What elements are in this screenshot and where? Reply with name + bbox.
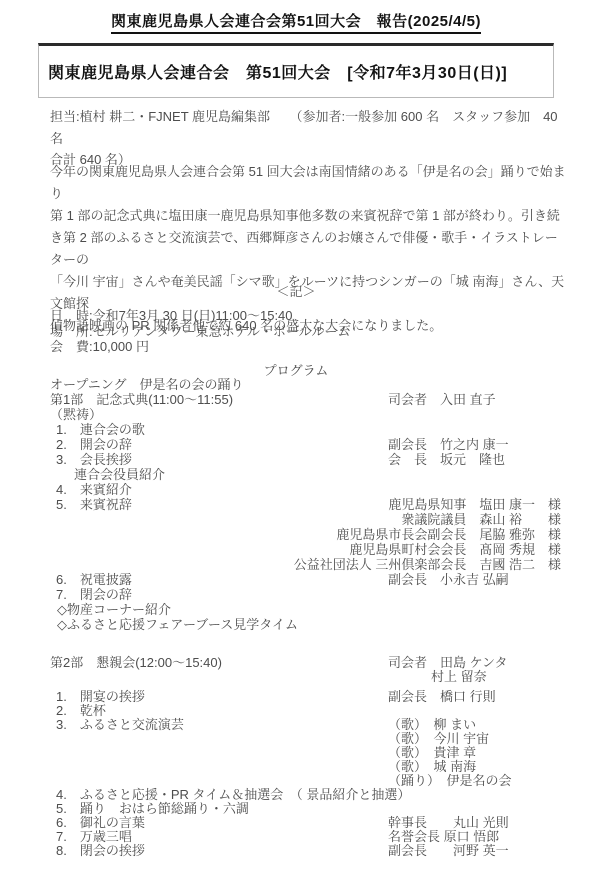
program-item: （黙祷）: [50, 407, 102, 422]
program-item: 3. ふるさと交流演芸: [56, 718, 184, 732]
program-row: 1. 連合会の歌: [0, 422, 592, 437]
program-row: 村上 留奈: [0, 670, 592, 684]
program-row: 6. 御礼の言葉幹事長 丸山 光則: [0, 816, 592, 830]
spacer: [0, 632, 592, 656]
program-person: 会 長 坂元 隆也: [388, 452, 505, 467]
program-row-opening: オープニング 伊是名の会の踊り: [0, 377, 592, 392]
program-item: 7. 閉会の辞: [56, 587, 132, 602]
program-item: 6. 祝電披露: [56, 572, 132, 587]
program-person: （歌） 城 南海: [388, 760, 476, 774]
program-item: 2. 開会の辞: [56, 437, 132, 452]
program-person: 名誉会長 原口 悟郎: [388, 830, 499, 844]
program-row: 衆議院議員 森山 裕 様: [0, 512, 592, 527]
program-person: 村上 留奈: [431, 670, 487, 684]
meta-datetime: 日 時:令和7年3月 30 日(日)11:00～15:40: [50, 308, 350, 324]
program-row: 8. 閉会の挨拶副会長 河野 英一: [0, 844, 592, 858]
program-person: （歌） 柳 まい: [388, 718, 476, 732]
program-item: 6. 御礼の言葉: [56, 816, 145, 830]
program-row: （踊り） 伊是名の会: [0, 774, 592, 788]
program-row: 1. 開宴の挨拶副会長 橋口 行則: [0, 690, 592, 704]
ki-mark: ＜記＞: [0, 281, 592, 300]
program-item: 8. 閉会の挨拶: [56, 844, 145, 858]
program-guest: 鹿児島県知事 塩田 康一 様: [388, 497, 561, 512]
program-guest: 鹿児島県市長会副会長 尾脇 雅弥 様: [336, 527, 561, 542]
program-row: （黙祷）: [0, 407, 592, 422]
program-guest: 鹿児島県町村会会長 髙岡 秀規 様: [349, 542, 561, 557]
program-person: （踊り） 伊是名の会: [388, 774, 512, 788]
program-list: オープニング 伊是名の会の踊り 第1部 記念式典(11:00～11:55)司会者…: [0, 377, 592, 858]
program-guest: 衆議院議員 森山 裕 様: [401, 512, 561, 527]
program-person: （歌） 貴津 章: [388, 746, 476, 760]
program-row: 6. 祝電披露副会長 小永吉 弘嗣: [0, 572, 592, 587]
meta-fee: 会 費:10,000 円: [50, 339, 350, 355]
program-item: 連合会役員紹介: [74, 467, 165, 482]
program-item: 7. 万歳三唱: [56, 830, 132, 844]
program-item: 4. 来賓紹介: [56, 482, 132, 497]
program-row-part1-header: 第1部 記念式典(11:00～11:55)司会者 入田 直子: [0, 392, 592, 407]
program-row: 連合会役員紹介: [0, 467, 592, 482]
program-row: （歌） 貴津 章: [0, 746, 592, 760]
program-person: 副会長 橋口 行則: [388, 690, 496, 704]
program-person: 副会長 河野 英一: [388, 844, 509, 858]
program-row: 4. 来賓紹介: [0, 482, 592, 497]
program-item: 5. 踊り おはら節総踊り・六調: [56, 802, 249, 816]
program-person: 副会長 小永吉 弘嗣: [388, 572, 509, 587]
program-row: 鹿児島県町村会会長 髙岡 秀規 様: [0, 542, 592, 557]
program-person: 司会者 入田 直子: [388, 392, 496, 407]
report-title-text: 関東鹿児島県人会連合会第51回大会 報告(2025/4/5): [111, 13, 481, 34]
report-page: 関東鹿児島県人会連合会第51回大会 報告(2025/4/5) 関東鹿児島県人会連…: [0, 0, 592, 875]
program-item: 5. 来賓祝辞: [56, 497, 132, 512]
program-item: ◇物産コーナー紹介: [57, 602, 171, 617]
program-item: 第1部 記念式典(11:00～11:55): [50, 392, 233, 407]
program-item: 1. 連合会の歌: [56, 422, 145, 437]
program-row: 3. 会長挨拶会 長 坂元 隆也: [0, 452, 592, 467]
program-row: 2. 乾杯: [0, 704, 592, 718]
program-row: 公益社団法人 三州倶楽部会長 吉國 浩二 様: [0, 557, 592, 572]
program-row: ◇ふるさと応援フェアーブース見学タイム: [0, 617, 592, 632]
program-person: 副会長 竹之内 康一: [388, 437, 509, 452]
program-item: 4. ふるさと応援・PR タイム＆抽選会 （ 景品紹介と抽選）: [56, 788, 410, 802]
meta-place: 場 所:セルリアンタワー東急ホテル・ボールルーム: [50, 324, 350, 340]
program-item: 1. 開宴の挨拶: [56, 690, 145, 704]
event-meta: 日 時:令和7年3月 30 日(日)11:00～15:40 場 所:セルリアンタ…: [50, 308, 350, 355]
program-item: 2. 乾杯: [56, 704, 106, 718]
program-row: 5. 来賓祝辞鹿児島県知事 塩田 康一 様: [0, 497, 592, 512]
program-row: 3. ふるさと交流演芸（歌） 柳 まい: [0, 718, 592, 732]
event-title: 関東鹿児島県人会連合会 第51回大会 [令和7年3月30日(日)]: [39, 60, 507, 83]
program-item: ◇ふるさと応援フェアーブース見学タイム: [57, 617, 298, 632]
program-item: オープニング 伊是名の会の踊り: [50, 377, 243, 392]
program-row: （歌） 城 南海: [0, 760, 592, 774]
program-item: 第2部 懇親会(12:00～15:40): [50, 656, 222, 670]
program-person: 幹事長 丸山 光則: [388, 816, 509, 830]
program-row: 7. 万歳三唱名誉会長 原口 悟郎: [0, 830, 592, 844]
program-row: 鹿児島県市長会副会長 尾脇 雅弥 様: [0, 527, 592, 542]
program-row: （歌） 今川 宇宙: [0, 732, 592, 746]
event-title-box: 関東鹿児島県人会連合会 第51回大会 [令和7年3月30日(日)]: [38, 43, 554, 98]
program-row: ◇物産コーナー紹介: [0, 602, 592, 617]
program-row: 5. 踊り おはら節総踊り・六調: [0, 802, 592, 816]
program-row-part2-header: 第2部 懇親会(12:00～15:40)司会者 田島 ケンタ: [0, 656, 592, 670]
program-person: （歌） 今川 宇宙: [388, 732, 489, 746]
program-person: 司会者 田島 ケンタ: [388, 656, 507, 670]
program-item: 3. 会長挨拶: [56, 452, 132, 467]
program-row: 2. 開会の辞副会長 竹之内 康一: [0, 437, 592, 452]
program-row: 7. 閉会の辞: [0, 587, 592, 602]
report-title: 関東鹿児島県人会連合会第51回大会 報告(2025/4/5): [0, 10, 592, 31]
program-row: 4. ふるさと応援・PR タイム＆抽選会 （ 景品紹介と抽選）: [0, 788, 592, 802]
program-guest: 公益社団法人 三州倶楽部会長 吉國 浩二 様: [294, 557, 561, 572]
